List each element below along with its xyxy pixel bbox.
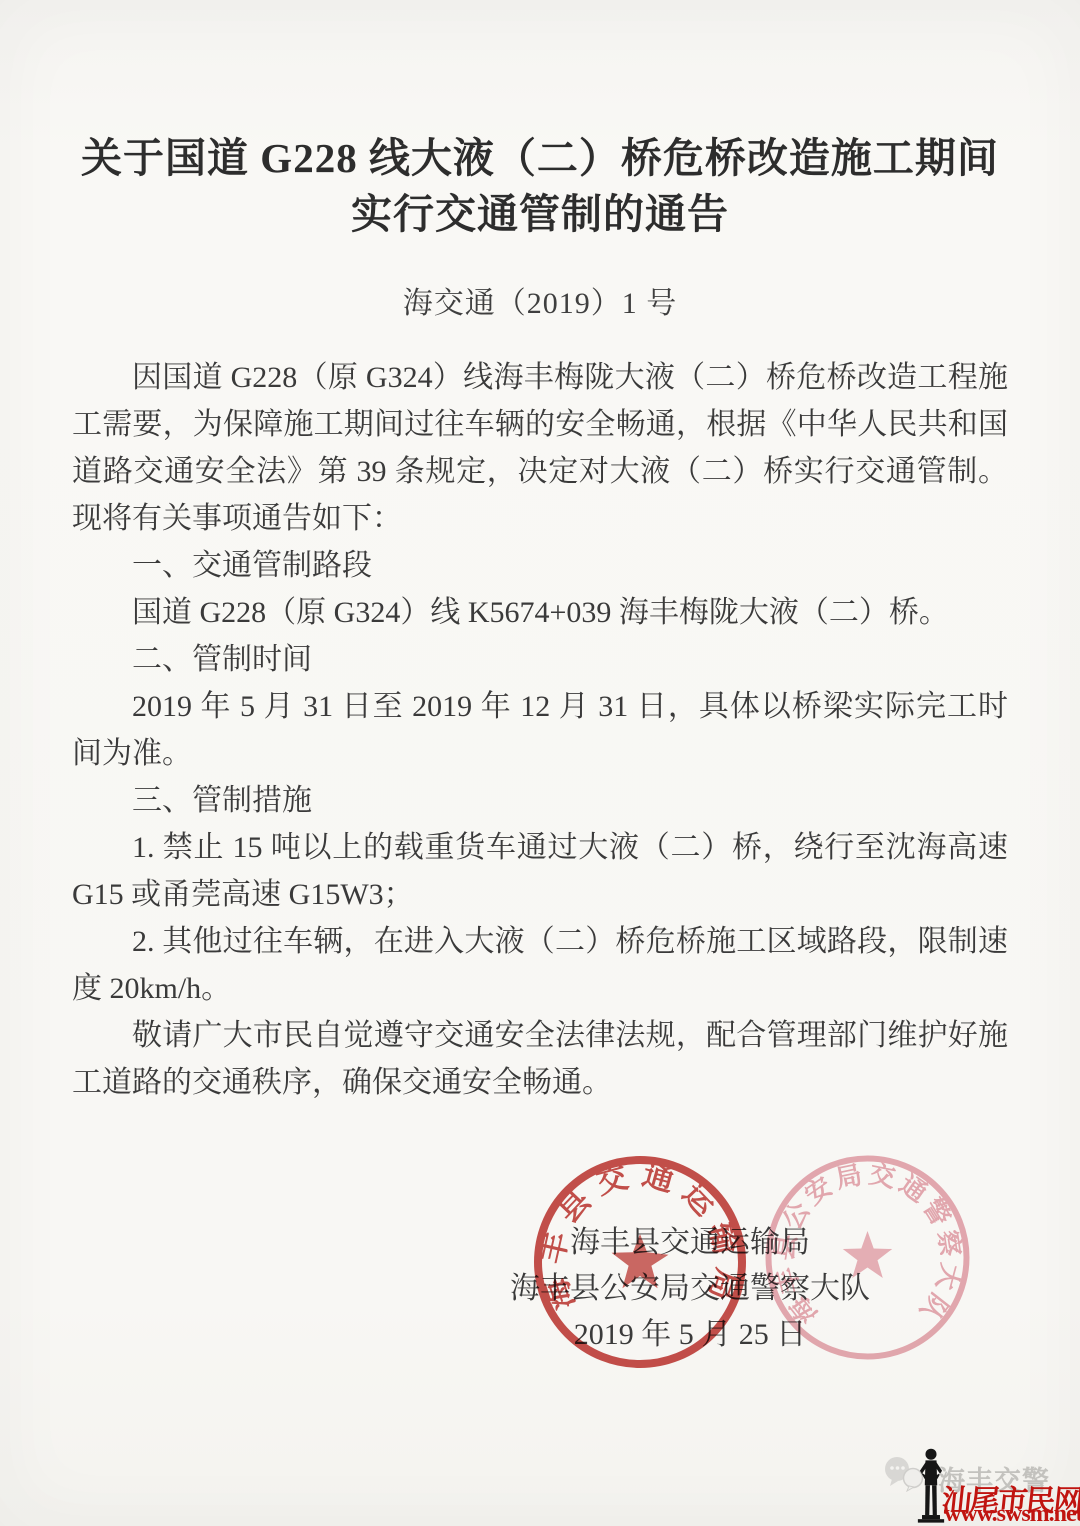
official-stamp-traffic-police: 海丰县公安局交通警察大队 — [760, 1150, 975, 1365]
notice-body: 因国道 G228（原 G324）线海丰梅陇大液（二）桥危桥改造工程施工需要，为保… — [72, 354, 1008, 1106]
body-section1-heading: 一、交通管制路段 — [72, 542, 1008, 589]
doc-number: 海交通（2019）1 号 — [0, 278, 1080, 322]
watermark-site-url: www.swsm.net — [944, 1501, 1080, 1526]
body-section3-heading: 三、管制措施 — [72, 777, 1008, 824]
official-stamp-transport-bureau: 海丰县交通运输局 — [530, 1152, 750, 1372]
body-closing: 敬请广大市民自觉遵守交通安全法律法规，配合管理部门维护好施工道路的交通秩序，确保… — [72, 1012, 1008, 1106]
body-section2-content: 2019 年 5 月 31 日至 2019 年 12 月 31 日，具体以桥梁实… — [72, 683, 1008, 777]
body-section2-heading: 二、管制时间 — [72, 636, 1008, 683]
body-section3-item1: 1. 禁止 15 吨以上的载重货车通过大液（二）桥，绕行至沈海高速 G15 或甬… — [72, 824, 1008, 918]
notice-title-line2: 实行交通管制的通告 — [0, 186, 1080, 242]
notice-title-line1: 关于国道 G228 线大液（二）桥危桥改造施工期间 — [0, 130, 1080, 186]
body-paragraph-intro: 因国道 G228（原 G324）线海丰梅陇大液（二）桥危桥改造工程施工需要，为保… — [72, 354, 1008, 542]
body-section3-item2: 2. 其他过往车辆，在进入大液（二）桥危桥施工区域路段，限制速度 20km/h。 — [72, 918, 1008, 1012]
star-icon — [843, 1231, 892, 1278]
body-section1-content: 国道 G228（原 G324）线 K5674+039 海丰梅陇大液（二）桥。 — [72, 589, 1008, 636]
notice-title: 关于国道 G228 线大液（二）桥危桥改造施工期间 实行交通管制的通告 — [0, 130, 1080, 242]
scanned-notice-page: 关于国道 G228 线大液（二）桥危桥改造施工期间 实行交通管制的通告 海交通（… — [0, 0, 1080, 1526]
star-icon — [612, 1234, 669, 1288]
